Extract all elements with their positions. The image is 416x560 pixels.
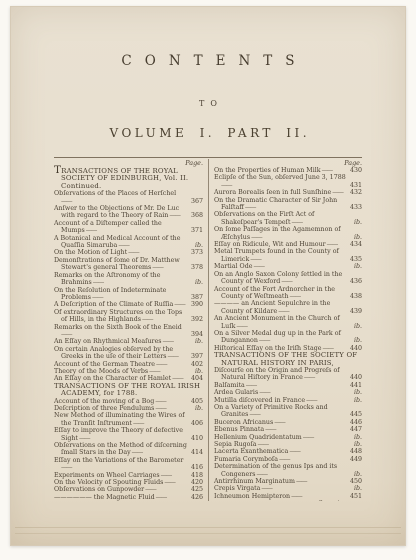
page-number: ib. — [347, 219, 362, 226]
section-header: TRANSACTIONS OF THE ROYAL IRISH ACADEMY,… — [54, 383, 203, 398]
leader-dashes: —— — [155, 494, 167, 501]
toc-entry: Ardea Gularis ——ib. — [214, 389, 362, 396]
page-number: 397 — [188, 353, 203, 360]
entry-title: A Deſcription of the Climate of Ruſſia — [54, 301, 173, 308]
leader-dashes: —— — [257, 441, 269, 448]
page-number: 434 — [347, 241, 362, 248]
toc-entry: A Botanical and Medical Account of the Q… — [54, 235, 203, 250]
toc-entry: Crepis Virgata ——ib. — [214, 485, 362, 492]
entry-title: Eſſay on the Variations of the Barometer — [54, 457, 183, 464]
page-number: 436 — [347, 278, 362, 285]
toc-entry: On a Silver Medal dug up in the Park of … — [214, 330, 362, 345]
entry-title: On the Reſolution of Indeterminate Probl… — [54, 287, 166, 301]
leader-dashes: —— — [305, 397, 317, 404]
toc-entry: Account of the Fort Ardnorcher in the Co… — [214, 286, 362, 301]
toc-entry: On the Velocity of Spouting Fluids ——420 — [54, 479, 203, 486]
page-number: 445 — [347, 411, 362, 418]
toc-entry: A Deſcription of the Climate of Ruſſia —… — [54, 301, 203, 308]
page-number: 431 — [347, 182, 362, 189]
entry-title: Account of the Fort Ardnorcher in the Co… — [214, 286, 335, 300]
leader-dashes: —— — [166, 353, 178, 360]
toc-entry: Anſwer to the Objections of Mr. De Luc w… — [54, 205, 203, 220]
leader-dashes: —— — [249, 256, 261, 263]
toc-entry: Of extraordinary Structures on the Tops … — [54, 309, 203, 324]
leader-dashes: —— — [160, 472, 172, 479]
leader-dashes: —— — [61, 198, 72, 205]
entry-title: Crepis Virgata — [214, 485, 260, 492]
catchword: Serapias — [214, 500, 362, 501]
entry-title: On the Motion of Light — [54, 249, 127, 256]
leader-dashes: —— — [235, 323, 247, 330]
toc-right-column: Page. On the Properties of Human Milk ——… — [208, 159, 362, 501]
page-number: 367 — [188, 198, 203, 205]
page-number: 394 — [188, 331, 203, 338]
page-number: 438 — [347, 293, 362, 300]
leader-dashes: —— — [91, 294, 103, 301]
page-number: 448 — [347, 448, 362, 455]
header-rule — [54, 157, 362, 158]
entry-title: Deſcription of three Pendulums — [54, 405, 154, 412]
entry-title: On certain Analogies obſerved by the Gre… — [54, 346, 173, 360]
page-number: 410 — [188, 435, 203, 442]
page-number: ib. — [188, 338, 203, 345]
leader-dashes: —— — [260, 485, 272, 492]
leader-dashes: —— — [258, 337, 270, 344]
entry-title: —————— the Magnetic Fluid — [54, 494, 155, 501]
leader-dashes: —— — [248, 411, 260, 418]
page-number: 432 — [347, 189, 362, 196]
entry-title: Anſwer to the Objections of Mr. De Luc w… — [54, 205, 179, 219]
leader-dashes: —— — [154, 405, 166, 412]
entry-title: ———— an Ancient Sepulchre in the County … — [214, 300, 330, 314]
entry-title: Aurora Borealis ſeen in full Sunſhine — [214, 189, 331, 196]
toc-entry: On the Dramatic Character of Sir John Fa… — [214, 197, 362, 212]
entry-title: On a Silver Medal dug up in the Park of … — [214, 330, 341, 344]
entry-title: Obſervations on the Method of diſcerning… — [54, 442, 187, 456]
leader-dashes: —— — [61, 331, 72, 338]
entry-title: On an Anglo Saxon Colony ſettled in the … — [214, 271, 342, 285]
entry-title: Buceron Africanus — [214, 419, 273, 426]
toc-entry: Fumaria Corymboſa ——449 — [214, 456, 362, 463]
entry-title: Hellenium Quadridentatum — [214, 434, 302, 441]
page-number: ib. — [347, 323, 362, 330]
entry-title: Eſſay on Ridicule, Wit and Humour — [214, 241, 326, 248]
page-number: 449 — [347, 456, 362, 463]
entry-title: On the Dramatic Character of Sir John Fa… — [214, 197, 337, 211]
toc-entry: On ſome Paſſages in the Agamemnon of Æſc… — [214, 226, 362, 241]
toc-entry: Remarks on the Aſtronomy of the Brahmins… — [54, 272, 203, 287]
page-number: ib. — [347, 471, 362, 478]
page-number: ib. — [347, 485, 362, 492]
toc-entry: Martial Ode ——ib. — [214, 263, 362, 270]
entry-title: Account of the moving of a Bog — [54, 398, 154, 405]
entry-title: Eclipſe of the Sun, obſerved June 3, 178… — [214, 174, 346, 181]
page-number: 430 — [347, 167, 362, 174]
toc-entry: Account of the moving of a Bog ——405 — [54, 398, 203, 405]
toc-entry: Remarks on the Sixth Book of the Eneid —… — [54, 324, 203, 339]
toc-entries-right: On the Properties of Human Milk ——430Ecl… — [214, 167, 362, 500]
leader-dashes: —— — [252, 263, 264, 270]
page-number: 402 — [188, 361, 203, 368]
toc-entry: Hellenium Quadridentatum ——ib. — [214, 434, 362, 441]
leader-dashes: —— — [85, 227, 97, 234]
toc-entry: Ebenus Pinnata ——447 — [214, 426, 362, 433]
entry-title: Obſervations of the Places of Herſchel — [54, 190, 176, 197]
entry-title: Account of a Diſtemper called the Mumps — [54, 220, 162, 234]
entry-title: Ebenus Pinnata — [214, 426, 264, 433]
entry-title: Of extraordinary Structures on the Tops … — [54, 309, 182, 323]
page-number: 450 — [347, 478, 362, 485]
entry-title: On the Properties of Human Milk — [214, 167, 321, 174]
entry-title: Remarks on the Sixth Book of the Eneid — [54, 324, 182, 331]
entry-title: Eſſay to improve the Theory of defective… — [54, 427, 183, 441]
volume-title: VOLUME I. PART II. — [11, 126, 405, 140]
page-number: 420 — [188, 479, 203, 486]
entry-title: Sepia Rugoſa — [214, 441, 257, 448]
entry-title: Fumaria Corymboſa — [214, 456, 278, 463]
entry-title: Ichneumon Hemipteron — [214, 493, 290, 500]
page-number: 390 — [188, 301, 203, 308]
leader-dashes: —— — [92, 279, 104, 286]
entry-title: Ardea Gularis — [214, 389, 258, 396]
leader-dashes: —— — [258, 389, 270, 396]
toc-entry: ———— an Ancient Sepulchre in the County … — [214, 300, 362, 315]
toc-entry: Account of a Diſtemper called the Mumps … — [54, 220, 203, 235]
page-number: 373 — [188, 249, 203, 256]
toc-entry: Eſſay on the Variations of the Barometer… — [54, 457, 203, 472]
leader-dashes: —— — [154, 398, 166, 405]
page-column-label: Page. — [214, 159, 362, 167]
leader-dashes: —— — [221, 182, 232, 189]
toc-entry: On certain Analogies obſerved by the Gre… — [54, 346, 203, 361]
toc-entry: Buceron Africanus ——446 — [214, 419, 362, 426]
leader-dashes: —— — [288, 448, 300, 455]
leader-dashes: —— — [280, 278, 292, 285]
page-number: 392 — [188, 316, 203, 323]
leader-dashes: —— — [173, 301, 185, 308]
leader-dashes: —— — [162, 338, 174, 345]
leader-dashes: —— — [148, 368, 160, 375]
entry-title: Account of the German Theatre — [54, 361, 155, 368]
page-number: 406 — [188, 420, 203, 427]
leader-dashes: —— — [291, 219, 303, 226]
page-number: ib. — [347, 397, 362, 404]
toc-entry: Determination of the genus Ips and its C… — [214, 463, 362, 478]
toc-entry: Ichneumon Hemipteron ——451 — [214, 493, 362, 500]
leader-dashes: —— — [163, 479, 175, 486]
entry-title: New Method of illuminating the Wires of … — [54, 412, 185, 426]
leader-dashes: —— — [117, 242, 129, 249]
entry-title: Antirrhinum Marginatum — [214, 478, 295, 485]
toc-entry: Obſervations on the Method of diſcerning… — [54, 442, 203, 457]
toc-entry: On the Properties of Human Milk ——430 — [214, 167, 362, 174]
leader-dashes: —— — [245, 382, 257, 389]
leader-dashes: —— — [277, 308, 289, 315]
entry-title: Experiments on Wheel Carriages — [54, 472, 160, 479]
leader-dashes: —— — [264, 426, 276, 433]
page-number: ib. — [188, 405, 203, 412]
toc-entry: New Method of illuminating the Wires of … — [54, 412, 203, 427]
toc-entries-left: TRANSACTIONS OF THE ROYAL SOCIETY OF EDI… — [54, 167, 203, 501]
toc-entry: Eſſay to improve the Theory of defective… — [54, 427, 203, 442]
leader-dashes: —— — [295, 478, 307, 485]
leader-dashes: —— — [155, 361, 167, 368]
leader-dashes: —— — [244, 204, 256, 211]
entry-title: On a Variety of Primitive Rocks and Gran… — [214, 404, 328, 418]
page-number: 446 — [347, 419, 362, 426]
toc-entry: Deſcription of three Pendulums ——ib. — [54, 405, 203, 412]
leader-dashes: —— — [168, 212, 180, 219]
entry-title: On the Velocity of Spouting Fluids — [54, 479, 163, 486]
leader-dashes: —— — [131, 449, 143, 456]
entry-title: Determination of the genus Ips and its C… — [214, 463, 337, 477]
page-number: 368 — [188, 212, 203, 219]
title-connector: TO — [11, 99, 405, 109]
entry-title: Martial Ode — [214, 263, 252, 270]
toc-entry: Experiments on Wheel Carriages ——418 — [54, 472, 203, 479]
toc-entry: Balſamita ——441 — [214, 382, 362, 389]
page-number: ib. — [188, 368, 203, 375]
toc-entry: Obſervations on Gunpowder ——425 — [54, 486, 203, 493]
toc-entry: Demonſtrations of ſome of Dr. Matthew St… — [54, 257, 203, 272]
entry-title: TRANSACTIONS OF THE ROYAL SOCIETY OF EDI… — [54, 167, 188, 190]
leader-dashes: —— — [303, 374, 315, 381]
page-number: 426 — [188, 494, 203, 501]
page-number: 371 — [188, 227, 203, 234]
entry-title: Remarks on the Aſtronomy of the Brahmins — [54, 272, 160, 286]
toc-entry: Obſervations of the Places of Herſchel —… — [54, 190, 203, 205]
leader-dashes: —— — [132, 420, 144, 427]
entry-title: Lacerta Exanthematica — [214, 448, 288, 455]
book-page: CONTENTS TO VOLUME I. PART II. Page. TRA… — [10, 6, 406, 546]
page-number: 433 — [347, 204, 362, 211]
page-number: 440 — [347, 374, 362, 381]
toc-entry: Mutilla diſcovered in France ——ib. — [214, 397, 362, 404]
leader-dashes: —— — [326, 241, 338, 248]
leader-dashes: —— — [321, 167, 333, 174]
toc-entry: Diſcourſe on the Origin and Progreſs of … — [214, 367, 362, 382]
toc-entry: Account of the German Theatre ——402 — [54, 361, 203, 368]
page-number: 378 — [188, 264, 203, 271]
page-number: 441 — [347, 382, 362, 389]
toc-entry: An Ancient Monument in the Church of Luſ… — [214, 315, 362, 330]
leader-dashes: —— — [127, 249, 139, 256]
leader-dashes: —— — [78, 435, 90, 442]
entry-title: TRANSACTIONS OF THE SOCIETY OF NATURAL H… — [214, 351, 357, 366]
toc-entry: Lacerta Exanthematica ——448 — [214, 448, 362, 455]
toc-entry: Metal Trumpets found in the County of Li… — [214, 248, 362, 263]
leader-dashes: —— — [61, 464, 72, 471]
leader-dashes: —— — [331, 189, 343, 196]
page-number: ib. — [347, 263, 362, 270]
leader-dashes: —— — [250, 234, 262, 241]
page-number: 405 — [188, 398, 203, 405]
page-column-label: Page. — [54, 159, 203, 167]
page-number: ib. — [347, 389, 362, 396]
toc-entry: Obſervations on the Firſt Act of Shakeſp… — [214, 211, 362, 226]
leader-dashes: —— — [278, 456, 290, 463]
leader-dashes: —— — [255, 471, 267, 478]
toc-entry: Antirrhinum Marginatum ——450 — [214, 478, 362, 485]
leader-dashes: —— — [302, 434, 314, 441]
page-number: 447 — [347, 426, 362, 433]
page-number: ib. — [347, 434, 362, 441]
page-number: 416 — [188, 464, 203, 471]
entry-title: Balſamita — [214, 382, 245, 389]
page-number: ib. — [347, 337, 362, 344]
table-of-contents: Page. TRANSACTIONS OF THE ROYAL SOCIETY … — [54, 159, 362, 501]
leader-dashes: —— — [144, 486, 156, 493]
entry-title: Metal Trumpets found in the County of Li… — [214, 248, 339, 262]
toc-entry: An Eſſay on Rhythmical Meaſures ——ib. — [54, 338, 203, 345]
page-title: CONTENTS — [11, 53, 405, 69]
printed-area: CONTENTS TO VOLUME I. PART II. Page. TRA… — [11, 7, 405, 545]
page-edge-lines — [15, 521, 401, 539]
entry-title: Obſervations on Gunpowder — [54, 486, 144, 493]
page-number: 414 — [188, 449, 203, 456]
toc-entry: Aurora Borealis ſeen in full Sunſhine ——… — [214, 189, 362, 196]
entry-title: On ſome Paſſages in the Agamemnon of Æſc… — [214, 226, 341, 240]
page-number: ib. — [188, 279, 203, 286]
leader-dashes: —— — [289, 293, 301, 300]
toc-entry: On the Motion of Light ——373 — [54, 249, 203, 256]
entry-title: Theory of the Moods of Verbs — [54, 368, 148, 375]
section-header: TRANSACTIONS OF THE ROYAL SOCIETY OF EDI… — [54, 167, 203, 190]
toc-entry: On a Variety of Primitive Rocks and Gran… — [214, 404, 362, 419]
page-number: 387 — [188, 294, 203, 301]
leader-dashes: —— — [141, 316, 153, 323]
page-number: 439 — [347, 308, 362, 315]
leader-dashes: —— — [151, 264, 163, 271]
entry-title: Diſcourſe on the Origin and Progreſs of … — [214, 367, 340, 381]
page-number: ib. — [347, 441, 362, 448]
entry-title: Mutilla diſcovered in France — [214, 397, 305, 404]
toc-entry: On the Reſolution of Indeterminate Probl… — [54, 287, 203, 302]
leader-dashes: —— — [290, 493, 302, 500]
leader-dashes: —— — [273, 419, 285, 426]
page-number: 435 — [347, 256, 362, 263]
entry-title: TRANSACTIONS OF THE ROYAL IRISH ACADEMY,… — [54, 382, 200, 397]
toc-left-column: Page. TRANSACTIONS OF THE ROYAL SOCIETY … — [54, 159, 208, 501]
page-number: 425 — [188, 486, 203, 493]
page-number: 418 — [188, 472, 203, 479]
page-number: ib. — [188, 242, 203, 249]
section-header: TRANSACTIONS OF THE SOCIETY OF NATURAL H… — [214, 352, 362, 367]
toc-entry: Eſſay on Ridicule, Wit and Humour ——434 — [214, 241, 362, 248]
toc-entry: —————— the Magnetic Fluid ——426 — [54, 494, 203, 501]
toc-entry: On an Anglo Saxon Colony ſettled in the … — [214, 271, 362, 286]
entry-title: An Ancient Monument in the Church of Luſ… — [214, 315, 340, 329]
entry-title: An Eſſay on Rhythmical Meaſures — [54, 338, 162, 345]
page-number: 451 — [347, 493, 362, 500]
page-number: ib. — [347, 234, 362, 241]
toc-entry: Eclipſe of the Sun, obſerved June 3, 178… — [214, 174, 362, 189]
